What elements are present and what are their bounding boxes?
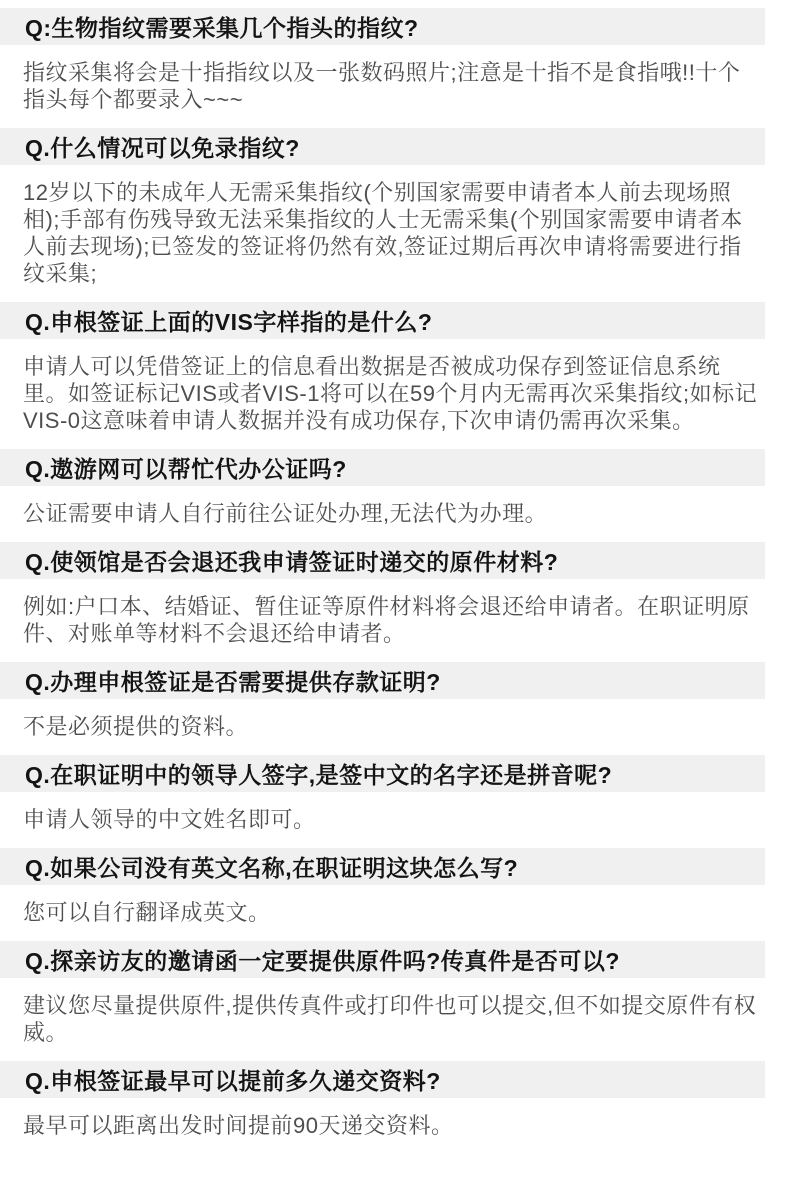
faq-question-header: Q.遨游网可以帮忙代办公证吗? [0,449,765,486]
faq-question-text: Q.什么情况可以免录指纹? [25,130,300,163]
faq-answer-text: 建议您尽量提供原件,提供传真件或打印件也可以提交,但不如提交原件有权威。 [23,992,758,1046]
faq-answer-text: 申请人领导的中文姓名即可。 [23,806,758,833]
faq-item: Q.探亲访友的邀请函一定要提供原件吗?传真件是否可以? 建议您尽量提供原件,提供… [0,941,790,1046]
faq-question-text: Q.在职证明中的领导人签字,是签中文的名字还是拼音呢? [25,757,612,790]
faq-question-header: Q.如果公司没有英文名称,在职证明这块怎么写? [0,848,765,885]
faq-question-header: Q.申根签证最早可以提前多久递交资料? [0,1061,765,1098]
faq-question-text: Q:生物指纹需要采集几个指头的指纹? [25,10,419,43]
faq-answer-text: 12岁以下的未成年人无需采集指纹(个别国家需要申请者本人前去现场照相);手部有伤… [23,179,758,287]
faq-answer-text: 最早可以距离出发时间提前90天递交资料。 [23,1112,758,1139]
faq-question-text: Q.申根签证上面的VIS字样指的是什么? [25,304,432,337]
faq-question-header: Q.办理申根签证是否需要提供存款证明? [0,662,765,699]
faq-item: Q.申根签证最早可以提前多久递交资料? 最早可以距离出发时间提前90天递交资料。 [0,1061,790,1139]
faq-item: Q.办理申根签证是否需要提供存款证明? 不是必须提供的资料。 [0,662,790,740]
faq-answer-text: 例如:户口本、结婚证、暂住证等原件材料将会退还给申请者。在职证明原件、对账单等材… [23,593,758,647]
faq-question-header: Q.申根签证上面的VIS字样指的是什么? [0,302,765,339]
faq-item: Q.什么情况可以免录指纹? 12岁以下的未成年人无需采集指纹(个别国家需要申请者… [0,128,790,287]
faq-item: Q.申根签证上面的VIS字样指的是什么? 申请人可以凭借签证上的信息看出数据是否… [0,302,790,434]
faq-answer-text: 申请人可以凭借签证上的信息看出数据是否被成功保存到签证信息系统里。如签证标记VI… [23,353,758,434]
faq-answer-text: 您可以自行翻译成英文。 [23,899,758,926]
faq-item: Q.在职证明中的领导人签字,是签中文的名字还是拼音呢? 申请人领导的中文姓名即可… [0,755,790,833]
faq-answer-text: 指纹采集将会是十指指纹以及一张数码照片;注意是十指不是食指哦!!十个指头每个都要… [23,59,758,113]
faq-item: Q:生物指纹需要采集几个指头的指纹? 指纹采集将会是十指指纹以及一张数码照片;注… [0,8,790,113]
faq-question-text: Q.探亲访友的邀请函一定要提供原件吗?传真件是否可以? [25,943,620,976]
faq-item: Q.使领馆是否会退还我申请签证时递交的原件材料? 例如:户口本、结婚证、暂住证等… [0,542,790,647]
faq-question-text: Q.申根签证最早可以提前多久递交资料? [25,1063,441,1096]
faq-question-text: Q.如果公司没有英文名称,在职证明这块怎么写? [25,850,518,883]
faq-question-header: Q:生物指纹需要采集几个指头的指纹? [0,8,765,45]
faq-item: Q.遨游网可以帮忙代办公证吗? 公证需要申请人自行前往公证处办理,无法代为办理。 [0,449,790,527]
faq-question-header: Q.探亲访友的邀请函一定要提供原件吗?传真件是否可以? [0,941,765,978]
faq-answer-text: 不是必须提供的资料。 [23,713,758,740]
faq-question-text: Q.办理申根签证是否需要提供存款证明? [25,664,441,697]
faq-question-text: Q.使领馆是否会退还我申请签证时递交的原件材料? [25,544,558,577]
faq-answer-text: 公证需要申请人自行前往公证处办理,无法代为办理。 [23,500,758,527]
faq-question-header: Q.使领馆是否会退还我申请签证时递交的原件材料? [0,542,765,579]
faq-question-header: Q.在职证明中的领导人签字,是签中文的名字还是拼音呢? [0,755,765,792]
faq-list: Q:生物指纹需要采集几个指头的指纹? 指纹采集将会是十指指纹以及一张数码照片;注… [0,8,790,1139]
faq-item: Q.如果公司没有英文名称,在职证明这块怎么写? 您可以自行翻译成英文。 [0,848,790,926]
faq-question-text: Q.遨游网可以帮忙代办公证吗? [25,451,347,484]
faq-question-header: Q.什么情况可以免录指纹? [0,128,765,165]
